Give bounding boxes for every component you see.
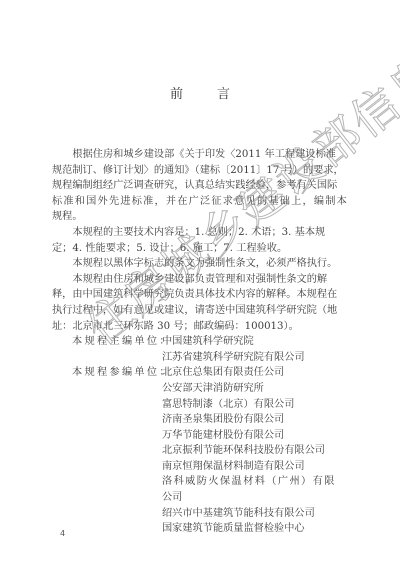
preface-body: 根据住房和城乡建设部《关于印发〈2011 年工程建设标准 规范制订、修订计划〉的… xyxy=(52,147,348,537)
text-line: 规程编制组经广泛调查研究，认真总结实践经验，参考有关国际 xyxy=(52,178,348,194)
document-page: 前言 根据住房和城乡建设部《关于印发〈2011 年工程建设标准 规范制订、修订计… xyxy=(0,0,400,579)
org-unit: 洛科威防火保温材料（广州）有限 xyxy=(162,474,336,490)
text-line: 执行过程中，如有意见或建议，请寄送中国建筑科学研究院（地 xyxy=(52,303,348,319)
paragraph-contents: 本规程的主要技术内容是：1. 总则；2. 术语；3. 基本规 定；4. 性能要求… xyxy=(52,225,348,256)
org-unit: 绍兴市中基建筑节能科技有限公司 xyxy=(162,506,336,522)
org-unit: 公安部天津消防研究所 xyxy=(162,381,336,397)
participating-editors-section: 本规程参编单位： 北京住总集团有限责任公司 公安部天津消防研究所 富思特制漆（北… xyxy=(52,365,348,537)
text-line: 址：北京市北三环东路 30 号；邮政编码：100013）。 xyxy=(52,319,348,335)
text-line: 定；4. 性能要求；5. 设计；6. 施工；7. 工程验收。 xyxy=(52,241,348,257)
org-unit: 江苏省建筑科学研究院有限公司 xyxy=(162,350,305,366)
text-line: 本规程由住房和城乡建设部负责管理和对强制性条文的解 xyxy=(52,272,348,288)
participating-editors-list: 北京住总集团有限责任公司 公安部天津消防研究所 富思特制漆（北京）有限公司 济南… xyxy=(162,365,336,537)
org-unit: 北京住总集团有限责任公司 xyxy=(162,365,336,381)
title-char-1: 前 xyxy=(170,83,183,102)
org-unit: 南京恒翔保温材料制造有限公司 xyxy=(162,459,336,475)
paragraph-basis: 根据住房和城乡建设部《关于印发〈2011 年工程建设标准 规范制订、修订计划〉的… xyxy=(52,147,348,225)
page-number: 4 xyxy=(60,529,65,538)
paragraph-mandatory: 本规程以黑体字标志的条文为强制性条文，必须严格执行。 xyxy=(52,256,348,272)
org-unit: 公司 xyxy=(162,490,336,506)
org-unit: 北京振利节能环保科技股份有限公司 xyxy=(162,443,336,459)
page-title: 前言 xyxy=(0,83,400,102)
chief-editors-section: 本规程主编单位： 中国建筑科学研究院 江苏省建筑科学研究院有限公司 xyxy=(52,334,348,365)
participating-editors-label: 本规程参编单位： xyxy=(52,365,162,537)
chief-editors-list: 中国建筑科学研究院 江苏省建筑科学研究院有限公司 xyxy=(162,334,305,365)
text-line: 本规程的主要技术内容是：1. 总则；2. 术语；3. 基本规 xyxy=(52,225,348,241)
text-line: 标准和国外先进标准，并在广泛征求意见的基础上，编制本 xyxy=(52,194,348,210)
org-unit: 中国建筑科学研究院 xyxy=(162,334,305,350)
text-line: 释，由中国建筑科学研究院负责具体技术内容的解释。本规程在 xyxy=(52,287,348,303)
org-unit: 济南圣泉集团股份有限公司 xyxy=(162,412,336,428)
text-line: 根据住房和城乡建设部《关于印发〈2011 年工程建设标准 xyxy=(52,147,348,163)
chief-editors-label: 本规程主编单位： xyxy=(52,334,162,365)
title-char-2: 言 xyxy=(217,83,230,102)
paragraph-management: 本规程由住房和城乡建设部负责管理和对强制性条文的解 释，由中国建筑科学研究院负责… xyxy=(52,272,348,334)
text-line: 本规程以黑体字标志的条文为强制性条文，必须严格执行。 xyxy=(52,256,348,272)
text-line: 规范制订、修订计划〉的通知》（建标〔2011〕17 号）的要求， xyxy=(52,163,348,179)
org-unit: 国家建筑节能质量监督检验中心 xyxy=(162,521,336,537)
org-unit: 万华节能建材股份有限公司 xyxy=(162,428,336,444)
text-line: 规程。 xyxy=(52,209,348,225)
org-unit: 富思特制漆（北京）有限公司 xyxy=(162,397,336,413)
